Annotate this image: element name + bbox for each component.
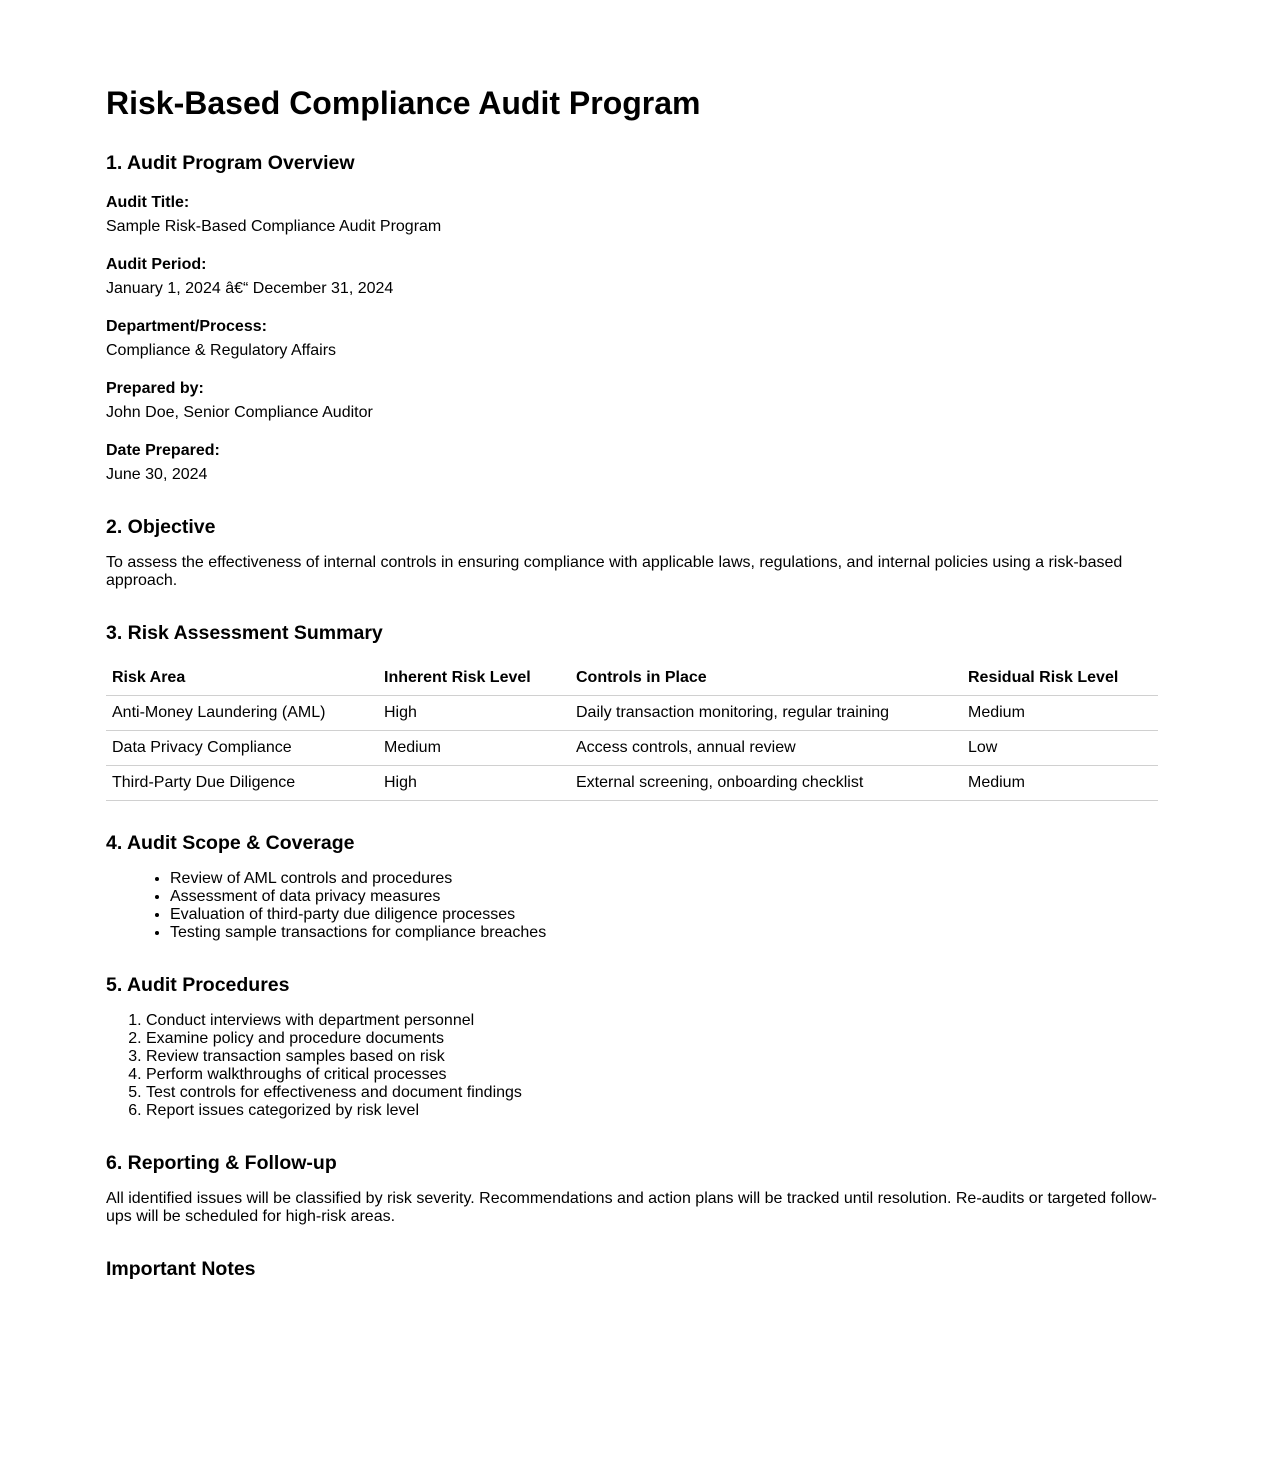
field-value-date-prepared: June 30, 2024 [106, 465, 207, 485]
list-item: Review transaction samples based on risk [146, 1048, 522, 1066]
section-heading-reporting: 6. Reporting & Follow-up [106, 1151, 337, 1175]
list-item: Report issues categorized by risk level [146, 1102, 522, 1120]
cell-inherent-risk: High [378, 766, 570, 801]
list-item: Examine policy and procedure documents [146, 1030, 522, 1048]
section-heading-notes: Important Notes [106, 1257, 256, 1281]
column-header-controls: Controls in Place [570, 660, 962, 696]
list-item: Test controls for effectiveness and docu… [146, 1084, 522, 1102]
cell-risk-area: Data Privacy Compliance [106, 731, 378, 766]
cell-controls: Access controls, annual review [570, 731, 962, 766]
column-header-residual-risk: Residual Risk Level [962, 660, 1158, 696]
list-item: Conduct interviews with department perso… [146, 1012, 522, 1030]
cell-residual-risk: Medium [962, 696, 1158, 731]
table-header-row: Risk Area Inherent Risk Level Controls i… [106, 660, 1158, 696]
cell-controls: External screening, onboarding checklist [570, 766, 962, 801]
reporting-text: All identified issues will be classified… [106, 1190, 1158, 1226]
section-heading-objective: 2. Objective [106, 515, 215, 539]
cell-inherent-risk: Medium [378, 731, 570, 766]
field-value-audit-title: Sample Risk-Based Compliance Audit Progr… [106, 217, 441, 237]
section-heading-procedures: 5. Audit Procedures [106, 973, 290, 997]
cell-controls: Daily transaction monitoring, regular tr… [570, 696, 962, 731]
list-item: Perform walkthroughs of critical process… [146, 1066, 522, 1084]
field-label-department: Department/Process: [106, 317, 267, 337]
field-value-department: Compliance & Regulatory Affairs [106, 341, 336, 361]
section-heading-scope: 4. Audit Scope & Coverage [106, 831, 355, 855]
table-row: Third-Party Due Diligence High External … [106, 766, 1158, 801]
field-label-audit-period: Audit Period: [106, 255, 206, 275]
notes-list-clipped [106, 1295, 1158, 1300]
procedures-list: Conduct interviews with department perso… [146, 1012, 522, 1120]
field-label-audit-title: Audit Title: [106, 193, 189, 213]
field-label-date-prepared: Date Prepared: [106, 441, 220, 461]
cell-residual-risk: Medium [962, 766, 1158, 801]
section-heading-risk-assessment: 3. Risk Assessment Summary [106, 621, 383, 645]
column-header-risk-area: Risk Area [106, 660, 378, 696]
cell-risk-area: Anti-Money Laundering (AML) [106, 696, 378, 731]
field-value-prepared-by: John Doe, Senior Compliance Auditor [106, 403, 373, 423]
list-item: Review of AML controls and procedures [170, 870, 546, 888]
page-title: Risk-Based Compliance Audit Program [106, 83, 701, 123]
table-row: Data Privacy Compliance Medium Access co… [106, 731, 1158, 766]
document-page: Risk-Based Compliance Audit Program 1. A… [106, 0, 1158, 1300]
cell-risk-area: Third-Party Due Diligence [106, 766, 378, 801]
risk-assessment-table: Risk Area Inherent Risk Level Controls i… [106, 660, 1158, 801]
field-label-prepared-by: Prepared by: [106, 379, 204, 399]
cell-residual-risk: Low [962, 731, 1158, 766]
table-row: Anti-Money Laundering (AML) High Daily t… [106, 696, 1158, 731]
list-item: Assessment of data privacy measures [170, 888, 546, 906]
scope-list: Review of AML controls and procedures As… [170, 870, 546, 942]
list-item: Evaluation of third-party due diligence … [170, 906, 546, 924]
cell-inherent-risk: High [378, 696, 570, 731]
section-heading-overview: 1. Audit Program Overview [106, 151, 355, 175]
list-item: Testing sample transactions for complian… [170, 924, 546, 942]
column-header-inherent-risk: Inherent Risk Level [378, 660, 570, 696]
field-value-audit-period: January 1, 2024 â€“ December 31, 2024 [106, 279, 393, 299]
objective-text: To assess the effectiveness of internal … [106, 554, 1158, 590]
